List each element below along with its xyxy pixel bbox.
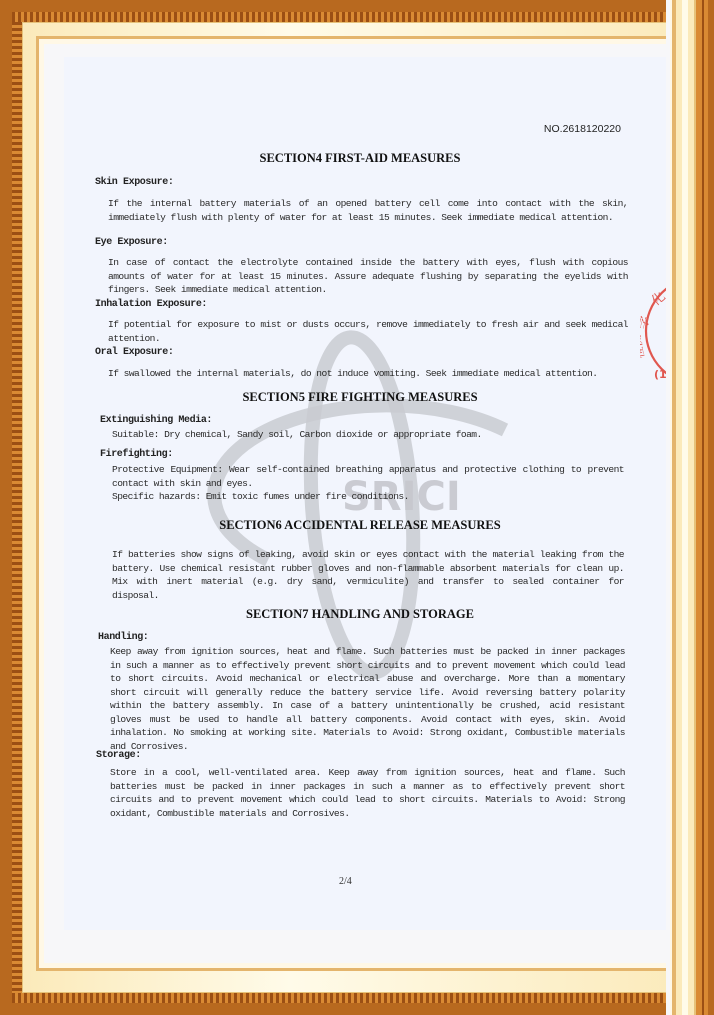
extinguishing-media-text: Suitable: Dry chemical, Sandy soil, Carb… bbox=[112, 428, 632, 442]
firefighting-label: Firefighting: bbox=[100, 449, 173, 460]
storage-label: Storage: bbox=[96, 750, 141, 761]
section7-title: SECTION7 HANDLING AND STORAGE bbox=[60, 607, 660, 622]
specific-hazards-text: Specific hazards: Emit toxic fumes under… bbox=[112, 490, 632, 504]
handling-text: Keep away from ignition sources, heat an… bbox=[110, 645, 625, 753]
document-number: NO.2618120220 bbox=[544, 123, 621, 135]
inhalation-exposure-text: If potential for exposure to mist or dus… bbox=[108, 318, 628, 345]
section4-title: SECTION4 FIRST-AID MEASURES bbox=[60, 151, 660, 166]
section6-title: SECTION6 ACCIDENTAL RELEASE MEASURES bbox=[60, 518, 660, 533]
section5-title: SECTION5 FIRE FIGHTING MEASURES bbox=[60, 390, 660, 405]
skin-exposure-label: Skin Exposure: bbox=[95, 177, 173, 188]
page-number: 2/4 bbox=[339, 876, 352, 887]
oral-exposure-label: Oral Exposure: bbox=[95, 347, 173, 358]
eye-exposure-label: Eye Exposure: bbox=[95, 237, 168, 248]
storage-text: Store in a cool, well-ventilated area. K… bbox=[110, 766, 625, 820]
skin-exposure-text: If the internal battery materials of an … bbox=[108, 197, 628, 224]
oral-exposure-text: If swallowed the internal materials, do … bbox=[108, 367, 628, 381]
protective-equipment-text: Protective Equipment: Wear self-containe… bbox=[112, 463, 624, 490]
eye-exposure-text: In case of contact the electrolyte conta… bbox=[108, 256, 628, 297]
inhalation-exposure-label: Inhalation Exposure: bbox=[95, 299, 207, 310]
handling-label: Handling: bbox=[98, 632, 148, 643]
extinguishing-media-label: Extinguishing Media: bbox=[100, 415, 212, 426]
accidental-release-text: If batteries show signs of leaking, avoi… bbox=[112, 548, 624, 602]
